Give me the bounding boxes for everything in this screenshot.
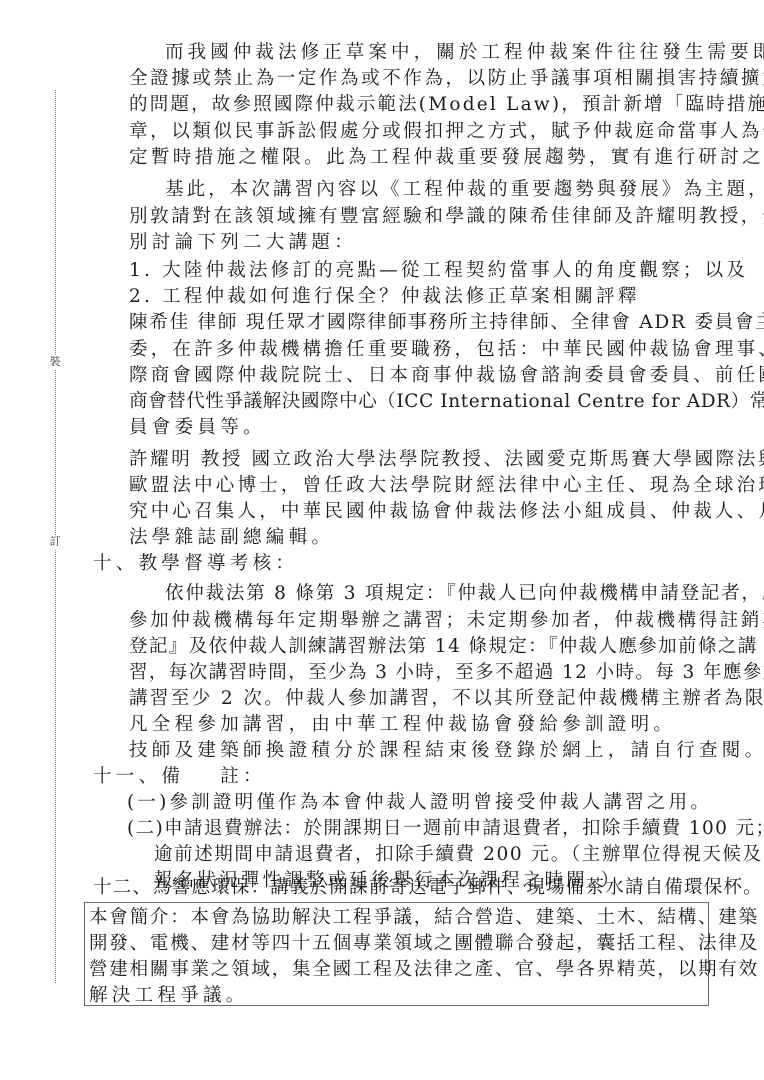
text-line: 定暫時措施之權限。此為工程仲裁重要發展趨勢，實有進行研討之必要。 <box>129 146 764 170</box>
text-line: 歐盟法中心博士，曾任政大法學院財經法律中心主任、現為全球治理研 <box>129 474 764 498</box>
text-line: 際商會國際仲裁院院士、日本商事仲裁協會諮詢委員會委員、前任國際 <box>129 364 764 388</box>
text-line: 本會簡介：本會為協助解決工程爭議，結合營造、建築、土木、結構、建築 <box>89 906 759 930</box>
text-line: 全證據或禁止為一定作為或不作為，以防止爭議事項相關損害持續擴大 <box>129 67 764 91</box>
text-line: 技師及建築師換證積分於課程結束後登錄於網上，請自行查閱。 <box>129 739 764 763</box>
text-line: 商會替代性爭議解決國際中心（ICC International Centre f… <box>129 390 764 414</box>
remark-item: (二)申請退費辦法：於開課期日一週前申請退費者，扣除手續費 100 元； <box>127 817 764 841</box>
text-line: 的問題，故參照國際仲裁示範法(Model Law)，預計新增「臨時措施」乙 <box>129 93 764 117</box>
text-line: 章，以類似民事訴訟假處分或假扣押之方式，賦予仲裁庭命當事人為一 <box>129 120 764 144</box>
text-line: 講習至少 2 次。仲裁人參加講習，不以其所登記仲裁機構主辦者為限』 <box>129 687 764 711</box>
binding-mark-bottom: 訂 <box>48 535 62 549</box>
section-heading: 十一、備註： <box>93 765 266 789</box>
section-heading: 十、教學督導考核： <box>93 552 298 576</box>
topic-item: 2. 工程仲裁如何進行保全？仲裁法修正草案相關評釋 <box>129 285 640 309</box>
text-line: 法學雜誌副總編輯。 <box>129 526 334 550</box>
binding-mark-top: 裝 <box>48 355 62 369</box>
section-environment: 十二、為響應環保：講義於開課前寄送電子郵件、現場備茶水請自備環保杯。 <box>93 876 763 900</box>
about-association-box: 本會簡介：本會為協助解決工程爭議，結合營造、建築、土木、結構、建築 開發、電機、… <box>84 902 709 1006</box>
text-line: 逾前述期間申請退費者，扣除手續費 200 元。（主辦單位得視天候及 <box>154 843 763 867</box>
topic-item: 1. 大陸仲裁法修訂的亮點—從工程契約當事人的角度觀察；以及 <box>129 259 748 283</box>
text-line: 究中心召集人，中華民國仲裁協會仲裁法修法小組成員、仲裁人、月旦 <box>129 500 764 524</box>
remark-item: (一)參訓證明僅作為本會仲裁人證明曾接受仲裁人講習之用。 <box>127 791 712 815</box>
text-line: 參加仲裁機構每年定期舉辦之講習；未定期參加者，仲裁機構得註銷其 <box>129 609 764 633</box>
text-line: 員會委員等。 <box>129 416 266 440</box>
text-line: 別討論下列二大講題： <box>129 231 357 255</box>
text-line: 陳希佳 律師 現任眾才國際律師事務所主持律師、全律會 ADR 委員會主 <box>129 311 764 335</box>
text-line: 而我國仲裁法修正草案中，關於工程仲裁案件往往發生需要即時保 <box>165 41 764 65</box>
text-line: 依仲裁法第 8 條第 3 項規定：『仲裁人已向仲裁機構申請登記者，應 <box>165 582 764 606</box>
text-line: 委，在許多仲裁機構擔任重要職務，包括：中華民國仲裁協會理事、國 <box>129 338 764 362</box>
text-line: 凡全程參加講習，由中華工程仲裁協會發給參訓證明。 <box>129 713 676 737</box>
text-line: 別敦請對在該領域擁有豐富經驗和學識的陳希佳律師及許耀明教授，分 <box>129 205 764 229</box>
text-line: 基此，本次講習內容以《工程仲裁的重要趨勢與發展》為主題，特 <box>165 178 764 202</box>
text-line: 登記』及依仲裁人訓練講習辦法第 14 條規定：『仲裁人應參加前條之講 <box>129 635 758 659</box>
text-line: 習，每次講習時間，至少為 3 小時，至多不超過 12 小時。每 3 年應參加 <box>129 661 764 685</box>
section-heading-part-b: 註： <box>220 766 266 787</box>
text-line: 營建相關事業之領域，集全國工程及法律之產、官、學各界精英，以期有效 <box>89 958 759 982</box>
text-line: 許耀明 教授 國立政治大學法學院教授、法國愛克斯馬賽大學國際法與 <box>129 448 764 472</box>
text-line: 解決工程爭議。 <box>89 984 249 1008</box>
text-line: 開發、電機、建材等四十五個專業領域之團體聯合發起，囊括工程、法律及 <box>89 932 759 956</box>
section-heading-part-a: 十一、備 <box>93 766 184 787</box>
